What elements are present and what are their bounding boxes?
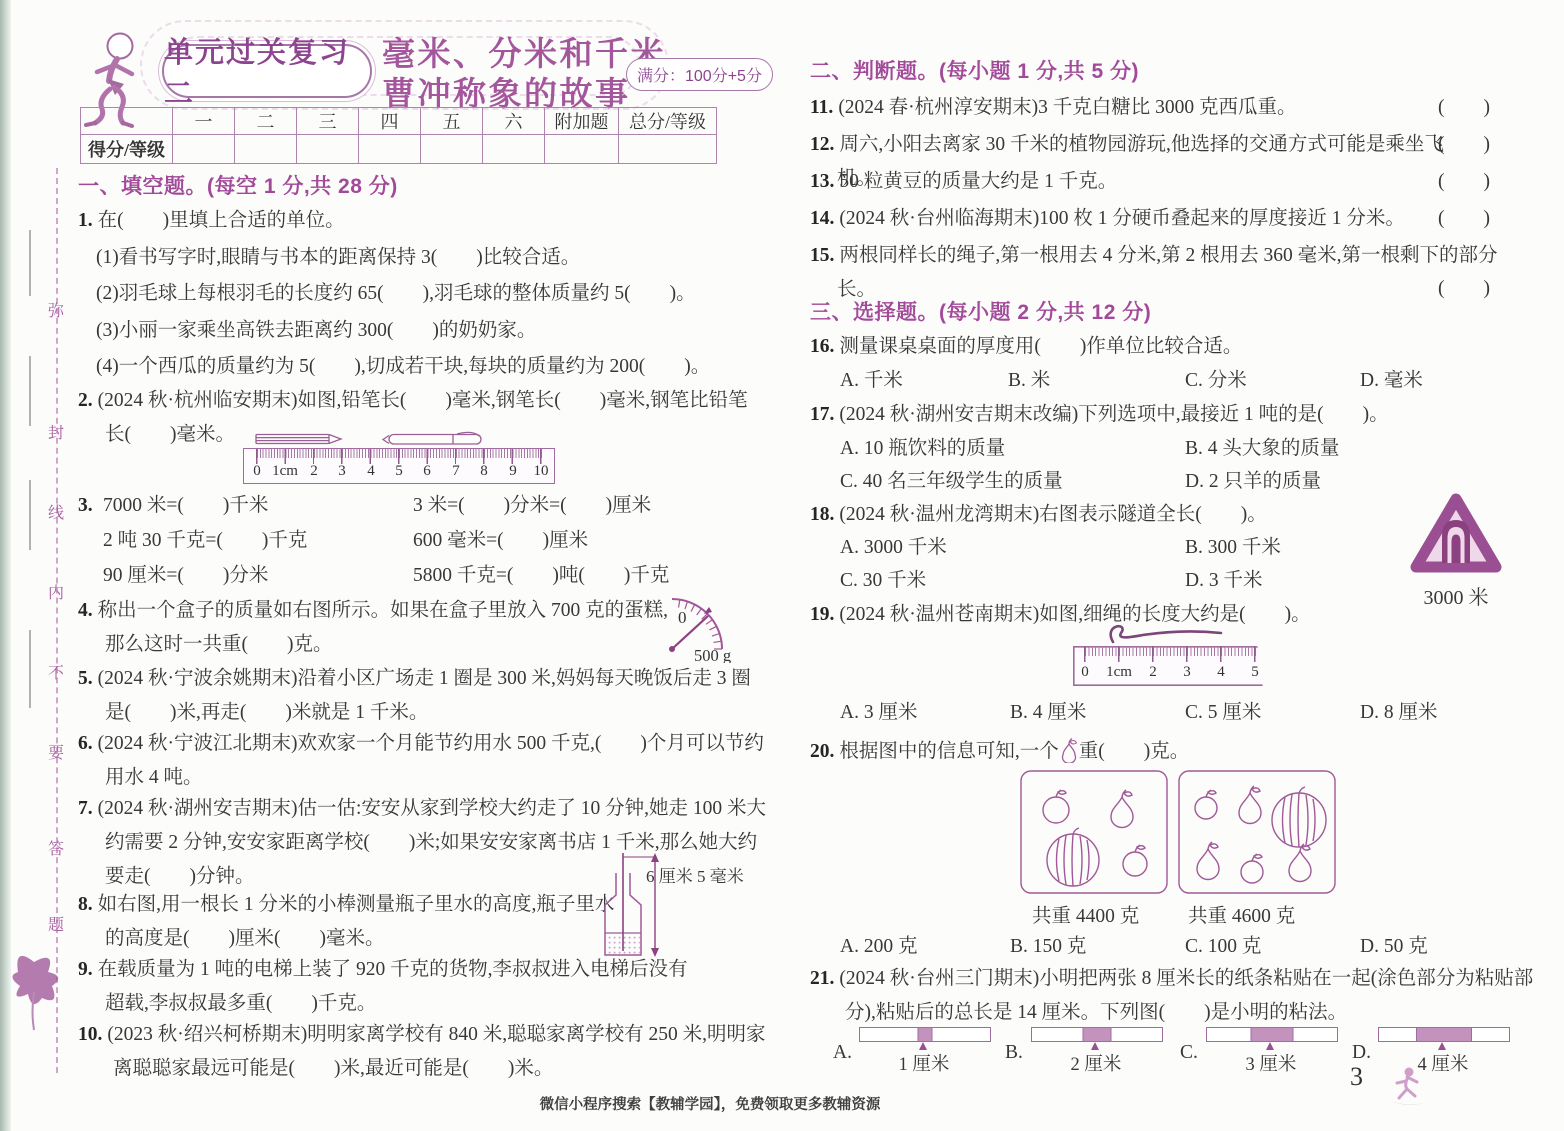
- conversion-item: 5800 千克=( )吨( )千克: [413, 559, 669, 593]
- score-col-header: 二: [235, 108, 297, 135]
- answer-bracket: ( ): [1438, 202, 1490, 230]
- option: A. 200 克: [840, 930, 917, 958]
- question-8: 8.如右图,用一根长 1 分米的小棒测量瓶子里水的高度,瓶子里水的高度是( )厘…: [78, 888, 620, 956]
- string-ruler-figure: 0 1cm 2 3 4 5: [1073, 620, 1278, 694]
- section-3-title: 三、选择题。(每小题 2 分,共 12 分): [810, 296, 1151, 326]
- ruler-tick-label: 10: [534, 463, 549, 480]
- question-number: 21.: [810, 968, 839, 989]
- ruler: 0 1cm 2 3 4 5: [1073, 646, 1271, 686]
- option: C. 100 克: [1185, 930, 1261, 958]
- question-10: 10.(2023 秋·绍兴柯桥期末)明明家离学校有 840 米,聪聪家离学校有 …: [78, 1018, 778, 1086]
- question-6: 6.(2024 秋·宁波江北期末)欢欢家一个月能节约用水 500 千克,( )个…: [78, 727, 767, 795]
- option: B. 300 千米: [1185, 531, 1281, 559]
- section-1-title: 一、填空题。(每空 1 分,共 28 分): [78, 170, 398, 200]
- ruler-tick-label: 0: [1081, 664, 1089, 681]
- score-cell: [173, 135, 235, 164]
- score-cell: [483, 135, 545, 164]
- score-cell: [359, 135, 421, 164]
- question-number: 11.: [810, 97, 838, 118]
- bottle-dimension-label: 6 厘米 5 毫米: [646, 862, 744, 887]
- paper-strip-figure: [1378, 1027, 1510, 1042]
- seal-char: 内: [44, 580, 68, 603]
- conversion-item: 600 毫米=( )厘米: [413, 524, 588, 558]
- ruler-tick-label: 5: [395, 463, 403, 480]
- option: A. 10 瓶饮料的质量: [840, 432, 1005, 460]
- score-cell: [619, 135, 717, 164]
- question-number: 4.: [78, 600, 98, 621]
- question-text: 在( )里填上合适的单位。: [98, 210, 345, 231]
- strip-overlap: [918, 1028, 933, 1041]
- paper-strip-figure: [1031, 1027, 1163, 1042]
- question-number: 5.: [78, 668, 98, 689]
- option: D. 3 千米: [1185, 564, 1262, 592]
- ruler: 0 1cm 2 3 4 5 6 7 8 9 10: [243, 448, 555, 484]
- ruler-tick-label: 4: [1217, 664, 1225, 681]
- score-cell: [297, 135, 359, 164]
- ruler-tick-label: 7: [452, 463, 460, 480]
- score-col-header: 三: [297, 108, 359, 135]
- tunnel-sign-figure: [1408, 489, 1504, 577]
- score-cell: [235, 135, 297, 164]
- seal-char: 线: [44, 500, 68, 523]
- question-number: 9.: [78, 959, 98, 980]
- seal-char: 答: [44, 836, 68, 859]
- option: A. 千米: [840, 364, 903, 392]
- strip-overlap: [1416, 1028, 1472, 1041]
- option-letter: D.: [1352, 1042, 1371, 1064]
- ruler-tick-label: 5: [1251, 664, 1259, 681]
- question-text: 称出一个盒子的质量如右图所示。如果在盒子里放入 700 克的蛋糕,那么这时一共重…: [98, 600, 668, 655]
- question-number: 12.: [810, 134, 839, 155]
- score-col-header: 六: [483, 108, 545, 135]
- scale-zero-label: 0: [678, 608, 687, 627]
- question-number: 20.: [810, 741, 839, 762]
- question-text: 50 粒黄豆的质量大约是 1 千克。: [839, 171, 1117, 192]
- score-col-header: 总分/等级: [619, 108, 717, 135]
- score-col-header: 五: [421, 108, 483, 135]
- score-cell: [421, 135, 483, 164]
- ruler-tick-label: 3: [338, 463, 346, 480]
- score-cell: [545, 135, 619, 164]
- option: D. 2 只羊的质量: [1185, 465, 1321, 493]
- paper-strip-figure: [859, 1027, 991, 1042]
- section-2-title: 二、判断题。(每小题 1 分,共 5 分): [810, 55, 1139, 85]
- question-1: 1.在( )里填上合适的单位。: [78, 204, 345, 238]
- option: C. 40 名三年级学生的质量: [840, 465, 1063, 493]
- question-14: 14.(2024 秋·台州临海期末)100 枚 1 分硬币叠起来的厚度接近 1 …: [810, 202, 1452, 236]
- seal-char: 弥: [44, 298, 68, 321]
- question-text: (2024 秋·台州临海期末)100 枚 1 分硬币叠起来的厚度接近 1 分米。: [839, 208, 1404, 229]
- answer-bracket: ( ): [1438, 91, 1490, 119]
- answer-bracket: ( ): [1438, 165, 1490, 193]
- full-score-badge: 满分：100分+5分: [626, 58, 773, 91]
- question-number: 17.: [810, 404, 839, 425]
- fruit-box-1: [1018, 768, 1170, 896]
- question-text: 重( )克。: [1079, 741, 1190, 762]
- seal-char: 封: [44, 420, 68, 443]
- conversion-item: 2 吨 30 千克=( )千克: [103, 524, 307, 558]
- strip-overlap: [1251, 1028, 1294, 1041]
- seal-char: 要: [44, 740, 68, 763]
- up-arrow-icon: [1091, 1042, 1099, 1050]
- question-number: 8.: [78, 894, 98, 915]
- margin-field-line: [29, 480, 31, 550]
- scale-unit-label: 500 g: [694, 646, 731, 663]
- ruler-tick-label: 0: [253, 463, 261, 480]
- up-arrow-icon: [919, 1042, 927, 1050]
- question-text: (2024 秋·宁波江北期末)欢欢家一个月能节约用水 500 千克,( )个月可…: [98, 733, 764, 788]
- ruler-tick-label: 6: [423, 463, 431, 480]
- footer-promo-text: 微信小程序搜索【教辅学园】，免费领取更多教辅资源: [460, 1093, 960, 1114]
- question-1-sub4: (4)一个西瓜的质量约为 5( ),切成若干块,每块的质量约为 200( )。: [96, 350, 710, 384]
- running-figure-icon: [1388, 1063, 1432, 1107]
- conversion-item: 90 厘米=( )分米: [103, 559, 268, 593]
- ruler-tick-label: 4: [367, 463, 375, 480]
- question-number: 2.: [78, 390, 98, 411]
- answer-bracket: ( ): [1438, 128, 1490, 156]
- bird-decoration-icon: [4, 928, 68, 1032]
- question-text: (2024 秋·台州三门期末)小明把两张 8 厘米长的纸条粘贴在一起(涂色部分为…: [839, 968, 1533, 1023]
- strip-overlap: [1083, 1028, 1112, 1041]
- ruler-major-ticks: [256, 449, 543, 464]
- conversion-item: 7000 米=( )千米: [103, 489, 268, 523]
- question-text: 测量课桌桌面的厚度用( )作单位比较合适。: [839, 336, 1242, 357]
- option-label: 1 厘米: [859, 1050, 989, 1076]
- ruler-tick-label: 8: [480, 463, 488, 480]
- scale-dial-figure: 0 500 g: [650, 583, 750, 663]
- option-label: 3 厘米: [1206, 1050, 1336, 1076]
- ruler-tick-label: 2: [310, 463, 318, 480]
- score-col-header: [81, 108, 173, 135]
- option: A. 3 厘米: [840, 696, 917, 724]
- question-text: (2024 秋·湖州安吉期末改编)下列选项中,最接近 1 吨的是( )。: [839, 404, 1388, 425]
- option: C. 30 千米: [840, 564, 926, 592]
- question-18: 18.(2024 秋·温州龙湾期末)右图表示隧道全长( )。: [810, 498, 1425, 532]
- option: B. 米: [1008, 364, 1050, 392]
- question-20: 20.根据图中的信息可知,一个重( )克。: [810, 735, 1189, 769]
- option: D. 50 克: [1360, 930, 1428, 958]
- option: B. 4 头大象的质量: [1185, 432, 1339, 460]
- option: B. 150 克: [1010, 930, 1086, 958]
- option: B. 4 厘米: [1010, 696, 1086, 724]
- seal-char: 不: [44, 660, 68, 683]
- question-number: 15.: [810, 245, 839, 266]
- question-number: 13.: [810, 171, 839, 192]
- question-text: 在载质量为 1 吨的电梯上装了 920 千克的货物,李叔叔进入电梯后没有超载,李…: [98, 959, 688, 1014]
- ruler-tick-label: 2: [1149, 664, 1157, 681]
- ruler-major-ticks: [1084, 646, 1259, 662]
- question-number: 6.: [78, 733, 98, 754]
- page-number: 3: [1350, 1062, 1363, 1092]
- question-9: 9.在载质量为 1 吨的电梯上装了 920 千克的货物,李叔叔进入电梯后没有超载…: [78, 953, 705, 1021]
- ruler-tick-label: 1cm: [1106, 664, 1132, 681]
- option: D. 毫米: [1360, 364, 1423, 392]
- ruler-tick-label: 9: [509, 463, 517, 480]
- question-text: 两根同样长的绳子,第一根用去 4 分米,第 2 根用去 360 毫米,第一根剩下…: [837, 245, 1498, 300]
- option-letter: A.: [833, 1042, 852, 1064]
- pencil-pen-icon: [243, 428, 565, 450]
- answer-bracket: ( ): [1438, 272, 1490, 300]
- question-5: 5.(2024 秋·宁波余姚期末)沿着小区广场走 1 圈是 300 米,妈妈每天…: [78, 662, 767, 730]
- pencil-pen-ruler-figure: 0 1cm 2 3 4 5 6 7 8 9 10: [243, 428, 565, 484]
- option-label: 2 厘米: [1031, 1050, 1161, 1076]
- question-text: (2024 秋·温州龙湾期末)右图表示隧道全长( )。: [839, 504, 1266, 525]
- ruler-tick-label: 1cm: [272, 463, 298, 480]
- question-text: (2024 秋·宁波余姚期末)沿着小区广场走 1 圈是 300 米,妈妈每天晚饭…: [98, 668, 751, 723]
- up-arrow-icon: [1266, 1042, 1274, 1050]
- question-number: 18.: [810, 504, 839, 525]
- option-letter: B.: [1005, 1042, 1023, 1064]
- question-number: 7.: [78, 798, 98, 819]
- pear-icon: [1059, 737, 1079, 763]
- option: C. 分米: [1185, 364, 1247, 392]
- question-number: 1.: [78, 210, 98, 231]
- paper-strip-figure: [1206, 1027, 1338, 1042]
- up-arrow-icon: [1438, 1042, 1446, 1050]
- question-1-sub3: (3)小丽一家乘坐高铁去距离约 300( )的奶奶家。: [96, 314, 536, 348]
- question-17: 17.(2024 秋·湖州安吉期末改编)下列选项中,最接近 1 吨的是( )。: [810, 398, 1513, 432]
- ruler-tick-label: 3: [1183, 664, 1191, 681]
- score-col-header: 四: [359, 108, 421, 135]
- question-4: 4.称出一个盒子的质量如右图所示。如果在盒子里放入 700 克的蛋糕,那么这时一…: [78, 594, 670, 662]
- question-1-sub1: (1)看书写字时,眼睛与书本的距离保持 3( )比较合适。: [96, 241, 580, 275]
- question-text: (2024 春·杭州淳安期末)3 千克白糖比 3000 克西瓜重。: [838, 97, 1296, 118]
- conversion-item: 3 米=( )分米=( )厘米: [413, 489, 651, 523]
- fruit-box-2-label: 共重 4600 克: [1188, 900, 1295, 928]
- score-row-label: 得分/等级: [81, 135, 173, 164]
- question-16: 16.测量课桌桌面的厚度用( )作单位比较合适。: [810, 330, 1505, 364]
- fruit-box-2: [1176, 768, 1338, 896]
- question-text: 如右图,用一根长 1 分米的小棒测量瓶子里水的高度,瓶子里水的高度是( )厘米(…: [98, 894, 615, 949]
- score-col-header: 附加题: [545, 108, 619, 135]
- unit-badge: 单元过关复习二: [162, 44, 372, 98]
- question-number: 3.: [78, 489, 98, 523]
- question-number: 19.: [810, 604, 839, 625]
- question-number: 14.: [810, 208, 839, 229]
- question-number: 10.: [78, 1024, 107, 1045]
- option: D. 8 厘米: [1360, 696, 1437, 724]
- margin-field-line: [29, 230, 31, 296]
- option: A. 3000 千米: [840, 531, 947, 559]
- question-1-sub2: (2)羽毛球上每根羽毛的长度约 65( ),羽毛球的整体质量约 5( )。: [96, 277, 696, 311]
- fruit-box-1-label: 共重 4400 克: [1032, 900, 1139, 928]
- question-13: 13.50 粒黄豆的质量大约是 1 千克。: [810, 165, 1437, 199]
- string-icon: [1073, 620, 1278, 646]
- score-table: 一 二 三 四 五 六 附加题 总分/等级 得分/等级: [80, 107, 717, 164]
- score-col-header: 一: [173, 108, 235, 135]
- option: C. 5 厘米: [1185, 696, 1261, 724]
- question-number: 16.: [810, 336, 839, 357]
- margin-field-line: [29, 630, 31, 708]
- question-11: 11.(2024 春·杭州淳安期末)3 千克白糖比 3000 克西瓜重。: [810, 91, 1437, 125]
- margin-field-line: [29, 356, 31, 426]
- question-text: (2023 秋·绍兴柯桥期末)明明家离学校有 840 米,聪聪家离学校有 250…: [107, 1024, 765, 1079]
- question-21: 21.(2024 秋·台州三门期末)小明把两张 8 厘米长的纸条粘贴在一起(涂色…: [810, 962, 1547, 1030]
- option-letter: C.: [1180, 1042, 1198, 1064]
- question-text: 根据图中的信息可知,一个: [839, 741, 1058, 762]
- worksheet-page: 弥 封 线 内 不 要 答 题 单元过关复习二 毫米、分米和千米 曹冲称象的故事…: [0, 0, 1564, 1131]
